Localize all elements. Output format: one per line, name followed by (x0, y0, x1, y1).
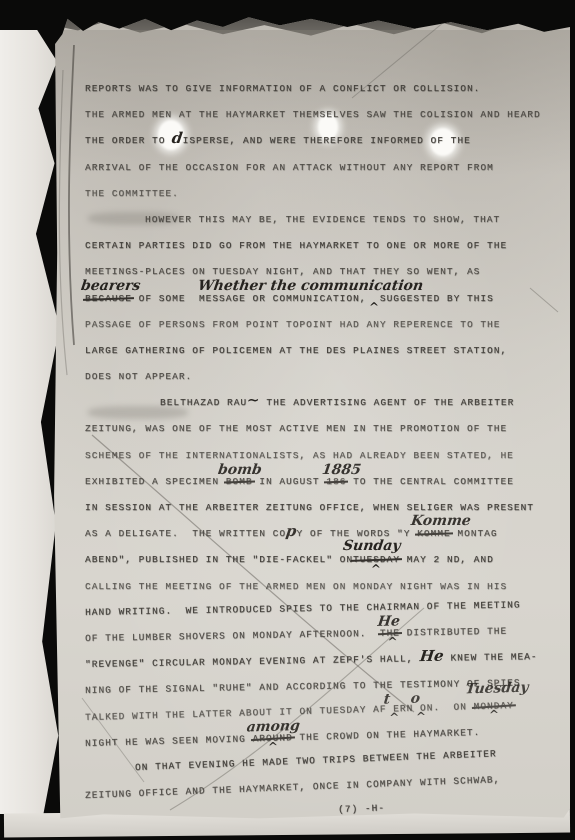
correction: 1861885 (326, 467, 346, 495)
document-line: THE ARMED MEN AT THE HAYMARKET THEMSELVE… (85, 100, 550, 126)
page-number: (7) -H- (338, 802, 385, 815)
handwritten-note: He (377, 614, 401, 628)
typed-text: THE ARMED MEN AT THE HAYMARKET THEMSELVE… (85, 109, 541, 120)
typed-text: BELTHAZAD RAU (160, 397, 247, 408)
typed-text: THE ORDER TO (85, 135, 172, 146)
handwritten-note: Whether the communication (197, 279, 424, 293)
typed-text: AS A DELIGATE. THE WRITTEN CO (85, 528, 286, 539)
typed-text: "REVENGE" CIRCULAR MONDAY EVENING AT ZEP… (85, 653, 420, 670)
document-lines: REPORTS WAS TO GIVE INFORMATION OF A CON… (85, 74, 550, 807)
typed-text: EXHIBITED A SPECIMEN (85, 476, 226, 487)
typed-text: DISTRIBUTED THE (400, 626, 507, 639)
typed-text: HAND WRITING. WE INTRODUCED SPIES TO THE… (85, 599, 521, 618)
typed-text: THE ADVERTISING AGENT OF THE ARBEITER (260, 397, 515, 408)
document-line: CERTAIN PARTIES DID GO FROM THE HAYMARKE… (85, 231, 550, 257)
typed-text: PASSAGE OF PERSONS FROM POINT TOPOINT HA… (85, 319, 500, 330)
document-line: HOWEVER THIS MAY BE, THE EVIDENCE TENDS … (85, 205, 550, 231)
typed-text: CERTAIN PARTIES DID GO FROM THE HAYMARKE… (85, 240, 507, 251)
typed-text: ARRIVAL OF THE OCCASION FOR AN ATTACK WI… (85, 162, 494, 173)
handwritten-note: Tuesday (464, 680, 529, 696)
document-line: BELTHAZAD RAU∼ THE ADVERTISING AGENT OF … (85, 388, 550, 414)
scanned-page: REPORTS WAS TO GIVE INFORMATION OF A CON… (0, 0, 575, 840)
correction: KOMMEKomme (417, 519, 451, 547)
document-line: LARGE GATHERING OF POLICEMEN AT THE DES … (85, 336, 550, 362)
typed-text: TALKED WITH THE LATTER ABOUT IT ON TUESD… (85, 703, 387, 722)
correction: Whether the communication^ (366, 284, 373, 312)
typed-text: KNEW THE MEA- (444, 651, 538, 664)
handwritten-note: 1885 (321, 463, 362, 477)
typed-text: THE COMMITTEE. (85, 188, 179, 199)
handwritten-note: among (245, 719, 300, 735)
handwritten-note: Komme (410, 514, 472, 528)
typed-text: MEETINGS-PLACES ON TUESDAY NIGHT, AND TH… (85, 266, 480, 277)
typed-text: MONTAG (451, 528, 498, 539)
typed-text: CALLING THE MEETING OF THE ARMED MEN ON … (85, 581, 507, 592)
correction: t^ (386, 694, 393, 722)
document-line: DOES NOT APPEAR. (85, 362, 550, 388)
document-line: PASSAGE OF PERSONS FROM POINT TOPOINT HA… (85, 310, 550, 336)
typed-text: REPORTS WAS TO GIVE INFORMATION OF A CON… (85, 83, 480, 94)
handwritten-note: bearers (80, 279, 141, 293)
correction: BOMBbomb (226, 467, 253, 495)
document-line: EXHIBITED A SPECIMEN BOMBbomb IN AUGUST … (85, 467, 550, 493)
typed-text: ABEND", PUBLISHED IN THE "DIE-FACKEL" ON (85, 554, 353, 565)
typed-text: OF THE LUMBER SHOVERS ON MONDAY AFTERNOO… (85, 628, 380, 644)
correction: THEHe^ (380, 618, 401, 647)
typed-text: IN AUGUST (253, 476, 327, 487)
handwritten-note: t (382, 692, 390, 706)
handwritten-text: p (285, 526, 297, 536)
document-line: SCHEMES OF THE INTERNATIONALISTS, AS HAD… (85, 441, 550, 467)
typed-text: SUGGESTED BY THIS (373, 293, 494, 304)
typed-text: ISPERSE, AND WERE THEREFORE INFORMED OF … (183, 135, 471, 146)
handwritten-text: He (419, 651, 444, 661)
correction: o^ (413, 693, 420, 721)
document-line: THE COMMITTEE. (85, 179, 550, 205)
document-line: BECAUSEbearers OF SOME MESSAGE OR COMMUN… (85, 284, 550, 310)
handwritten-text: d (171, 133, 183, 143)
handwritten-note: bomb (217, 463, 263, 477)
typed-text: TO THE CENTRAL COMMITTEE (346, 476, 514, 487)
typed-text: SCHEMES OF THE INTERNATIONALISTS, AS HAD… (85, 450, 514, 461)
typed-text: MAY 2 ND, AND (400, 554, 494, 565)
document-line: REPORTS WAS TO GIVE INFORMATION OF A CON… (85, 74, 550, 100)
document-line: AS A DELIGATE. THE WRITTEN COpY OF THE W… (85, 519, 550, 545)
document-line: ARRIVAL OF THE OCCASION FOR AN ATTACK WI… (85, 153, 550, 179)
typed-text: LARGE GATHERING OF POLICEMEN AT THE DES … (85, 345, 507, 356)
torn-underlay-left (0, 30, 62, 814)
typed-text: OF SOME MESSAGE OR COMMUNICATION, (132, 293, 367, 304)
typed-text: DOES NOT APPEAR. (85, 371, 192, 382)
document-line: THE ORDER TO dISPERSE, AND WERE THEREFOR… (85, 126, 550, 152)
paper-sheet: REPORTS WAS TO GIVE INFORMATION OF A CON… (52, 10, 570, 820)
correction: BECAUSEbearers (85, 284, 132, 312)
typed-text: ON. ON (420, 701, 474, 713)
document-line: ABEND", PUBLISHED IN THE "DIE-FACKEL" ON… (85, 545, 550, 571)
document-line: IN SESSION AT THE ARBEITER ZEITUNG OFFIC… (85, 493, 550, 519)
handwritten-text: ∼ (246, 395, 260, 405)
correction: MONDAYTuesday^ (473, 691, 514, 720)
typed-text: IN SESSION AT THE ARBEITER ZEITUNG OFFIC… (85, 502, 534, 513)
document-line: ZEITUNG, WAS ONE OF THE MOST ACTIVE MEN … (85, 414, 550, 440)
correction: TUESDAYSunday^ (353, 545, 400, 573)
typed-text: HOWEVER THIS MAY BE, THE EVIDENCE TENDS … (145, 214, 500, 225)
typed-text: ZEITUNG, WAS ONE OF THE MOST ACTIVE MEN … (85, 423, 507, 434)
handwritten-note: Sunday (342, 539, 401, 553)
typed-text: NIGHT HE WAS SEEN MOVING (85, 733, 253, 749)
